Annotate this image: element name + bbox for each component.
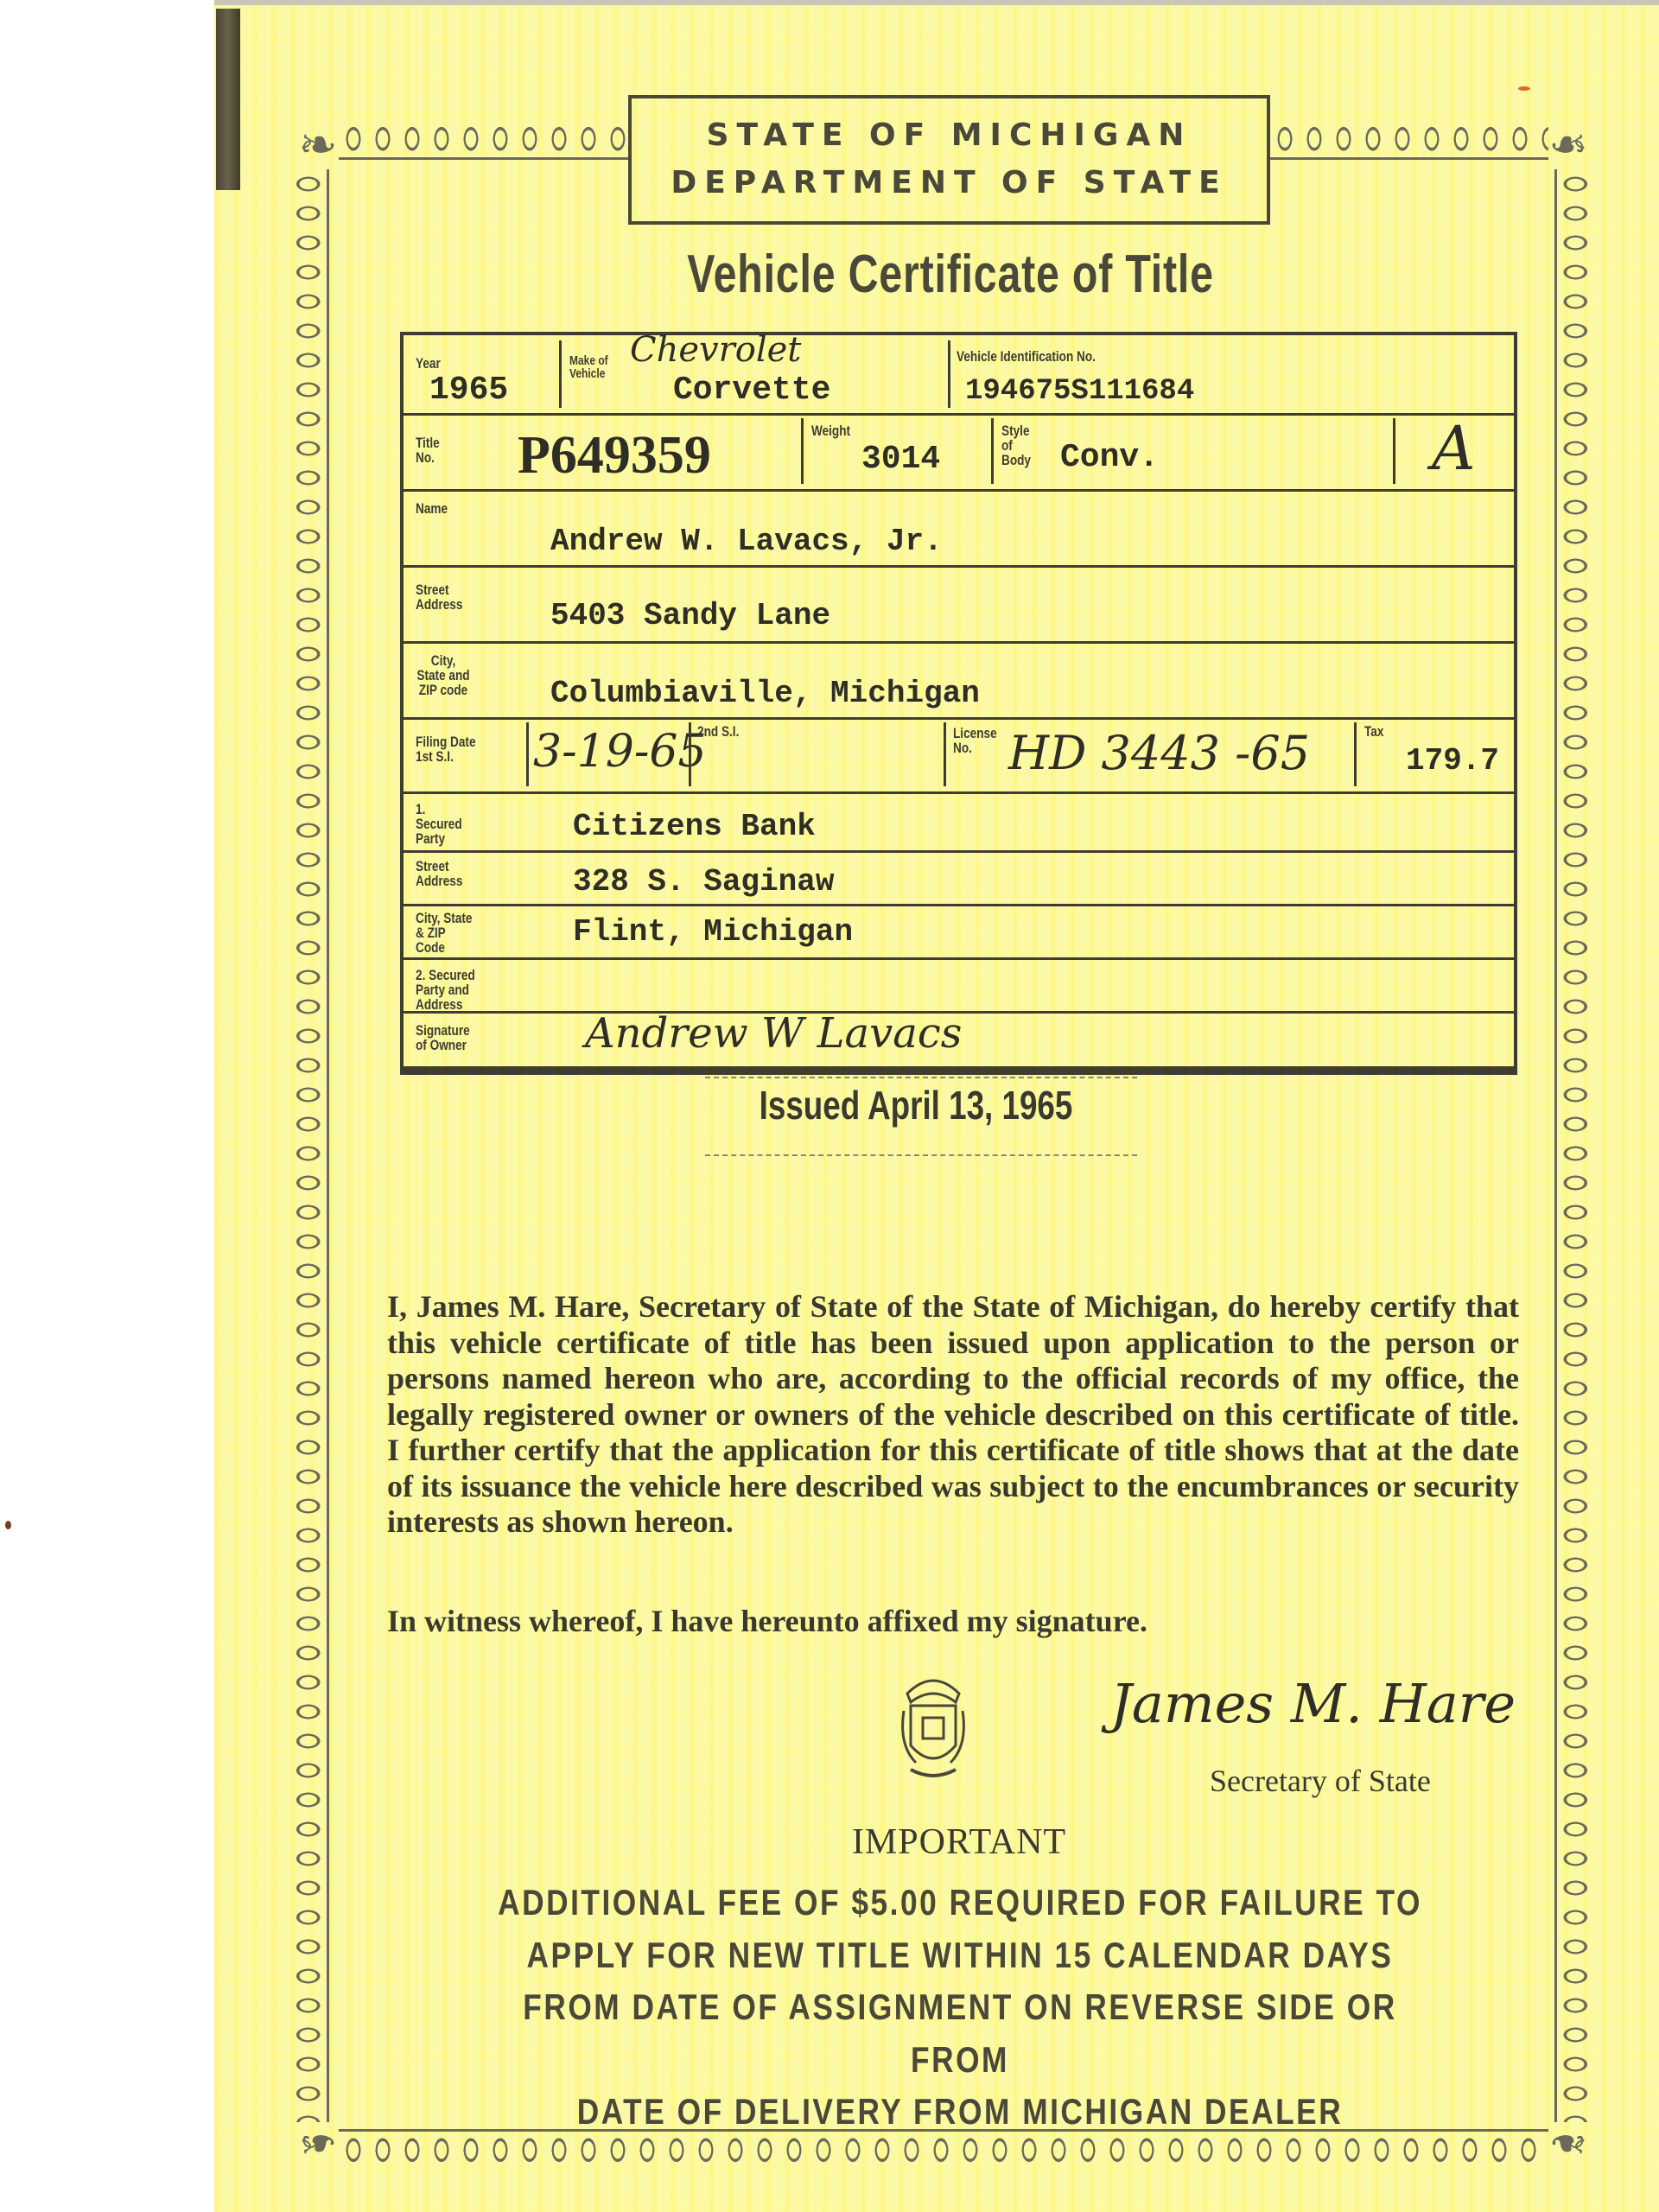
make-value: Corvette (673, 372, 830, 409)
second-si-label: 2nd S.I. (697, 724, 739, 739)
title-form: Year 1965 Make of Vehicle Chevrolet Corv… (400, 332, 1517, 1075)
state-name: STATE OF MICHIGAN (632, 118, 1267, 153)
row-owner-street: Street Address 5403 Sandy Lane (404, 565, 1514, 644)
divider (991, 418, 994, 484)
divider (948, 340, 950, 408)
ink-speck (1518, 86, 1530, 91)
divider (559, 340, 562, 408)
make-label: Make of Vehicle (569, 354, 611, 380)
divider (944, 722, 946, 786)
notice-line: DATE OF DELIVERY FROM MICHIGAN DEALER (492, 2086, 1428, 2139)
row-secured-party-2: 2. Secured Party and Address (404, 957, 1514, 1014)
certification-text: I, James M. Hare, Secretary of State of … (387, 1289, 1519, 1541)
body-style-value: Conv. (1060, 439, 1159, 476)
ornamental-border-top-right (1270, 123, 1548, 168)
row-filing: Filing Date 1st S.I. 3-19-65 2nd S.I. Li… (404, 717, 1514, 794)
city-label: City, State and ZIP code (416, 653, 471, 697)
owner-name-value: Andrew W. Lavacs, Jr. (550, 524, 943, 559)
fee-notice: ADDITIONAL FEE OF $5.00 REQUIRED FOR FAI… (403, 1877, 1517, 2139)
weight-label: Weight (811, 423, 850, 438)
license-value: HD 3443 -65 (1008, 726, 1310, 780)
secretary-signature: James M. Hare (1110, 1672, 1516, 1735)
secured-party-1-value: Citizens Bank (573, 809, 816, 844)
issuer-header: STATE OF MICHIGAN DEPARTMENT OF STATE (628, 95, 1270, 225)
make-handwritten: Chevrolet (630, 330, 801, 370)
year-value: 1965 (429, 372, 508, 409)
certification-paragraph: I, James M. Hare, Secretary of State of … (387, 1289, 1519, 1541)
vin-value: 194675S111684 (965, 375, 1194, 408)
body-style-label: Style of Body (1001, 423, 1029, 467)
sp-street-label: Street Address (416, 859, 464, 888)
row-secured-party-city: City, State & ZIP Code Flint, Michigan (404, 904, 1514, 960)
divider (526, 722, 529, 786)
notice-line: APPLY FOR NEW TITLE WITHIN 15 CALENDAR D… (492, 1929, 1428, 1982)
weight-value: 3014 (861, 441, 940, 478)
divider (1354, 722, 1357, 786)
row-secured-party-street: Street Address 328 S. Saginaw (404, 850, 1514, 906)
mark-handwritten: A (1432, 413, 1476, 484)
michigan-seal-icon (899, 1668, 968, 1789)
license-label: License No. (953, 726, 995, 755)
street-label: Street Address (416, 582, 464, 612)
signature-label: Signature of Owner (416, 1023, 471, 1052)
corner-flourish-icon: ❧ (1542, 119, 1594, 171)
corner-flourish-icon: ❧ (292, 119, 344, 171)
vin-label: Vehicle Identification No. (957, 349, 1096, 364)
issued-date: Issued April 13, 1965 (750, 1082, 1082, 1128)
divider (801, 418, 804, 484)
scan-edge-mark (216, 9, 240, 190)
tax-label: Tax (1364, 724, 1383, 739)
divider (689, 722, 691, 786)
sp-city-label: City, State & ZIP Code (416, 911, 478, 955)
row-owner-name: Name Andrew W. Lavacs, Jr. (404, 489, 1514, 568)
corner-flourish-icon: ❧ (1542, 2117, 1594, 2169)
ornamental-border-top-left (339, 123, 628, 168)
title-no-value: P649359 (518, 425, 711, 486)
secured-party-1-label: 1. Secured Party (416, 802, 471, 846)
ink-speck (5, 1521, 11, 1529)
year-label: Year (416, 356, 441, 371)
sp-city-value: Flint, Michigan (573, 914, 853, 950)
notice-line: FROM DATE OF ASSIGNMENT ON REVERSE SIDE … (492, 1981, 1428, 2086)
owner-street-value: 5403 Sandy Lane (550, 598, 830, 633)
secured-party-2-label: 2. Secured Party and Address (416, 968, 505, 1012)
ornamental-border-left (292, 169, 337, 2122)
owner-signature: Andrew W Lavacs (585, 1009, 962, 1058)
name-label: Name (416, 501, 448, 516)
divider (1393, 418, 1395, 484)
title-no-label: Title No. (416, 435, 443, 465)
corner-flourish-icon: ❧ (292, 2117, 344, 2169)
sp-street-value: 328 S. Saginaw (573, 864, 834, 899)
tax-value: 179.7 (1406, 743, 1499, 779)
row-vehicle: Year 1965 Make of Vehicle Chevrolet Corv… (404, 335, 1514, 416)
important-heading: IMPORTANT (380, 1821, 1538, 1863)
row-owner-signature: Signature of Owner Andrew W Lavacs (404, 1011, 1514, 1066)
document-title: Vehicle Certificate of Title (613, 244, 1287, 305)
secretary-title: Secretary of State (1210, 1763, 1431, 1799)
row-title: Title No. P649359 Weight 3014 Style of B… (404, 413, 1514, 492)
witness-statement: In witness whereof, I have hereunto affi… (387, 1603, 1147, 1639)
notice-line: ADDITIONAL FEE OF $5.00 REQUIRED FOR FAI… (492, 1877, 1428, 1929)
filing-date-label: Filing Date 1st S.I. (416, 734, 478, 764)
row-owner-city: City, State and ZIP code Columbiaville, … (404, 641, 1514, 720)
filing-date-value: 3-19-65 (533, 726, 707, 778)
department-name: DEPARTMENT OF STATE (632, 165, 1267, 200)
owner-city-value: Columbiaville, Michigan (550, 676, 980, 711)
ornamental-border-right (1547, 169, 1592, 2122)
row-secured-party-1: 1. Secured Party Citizens Bank (404, 791, 1514, 853)
